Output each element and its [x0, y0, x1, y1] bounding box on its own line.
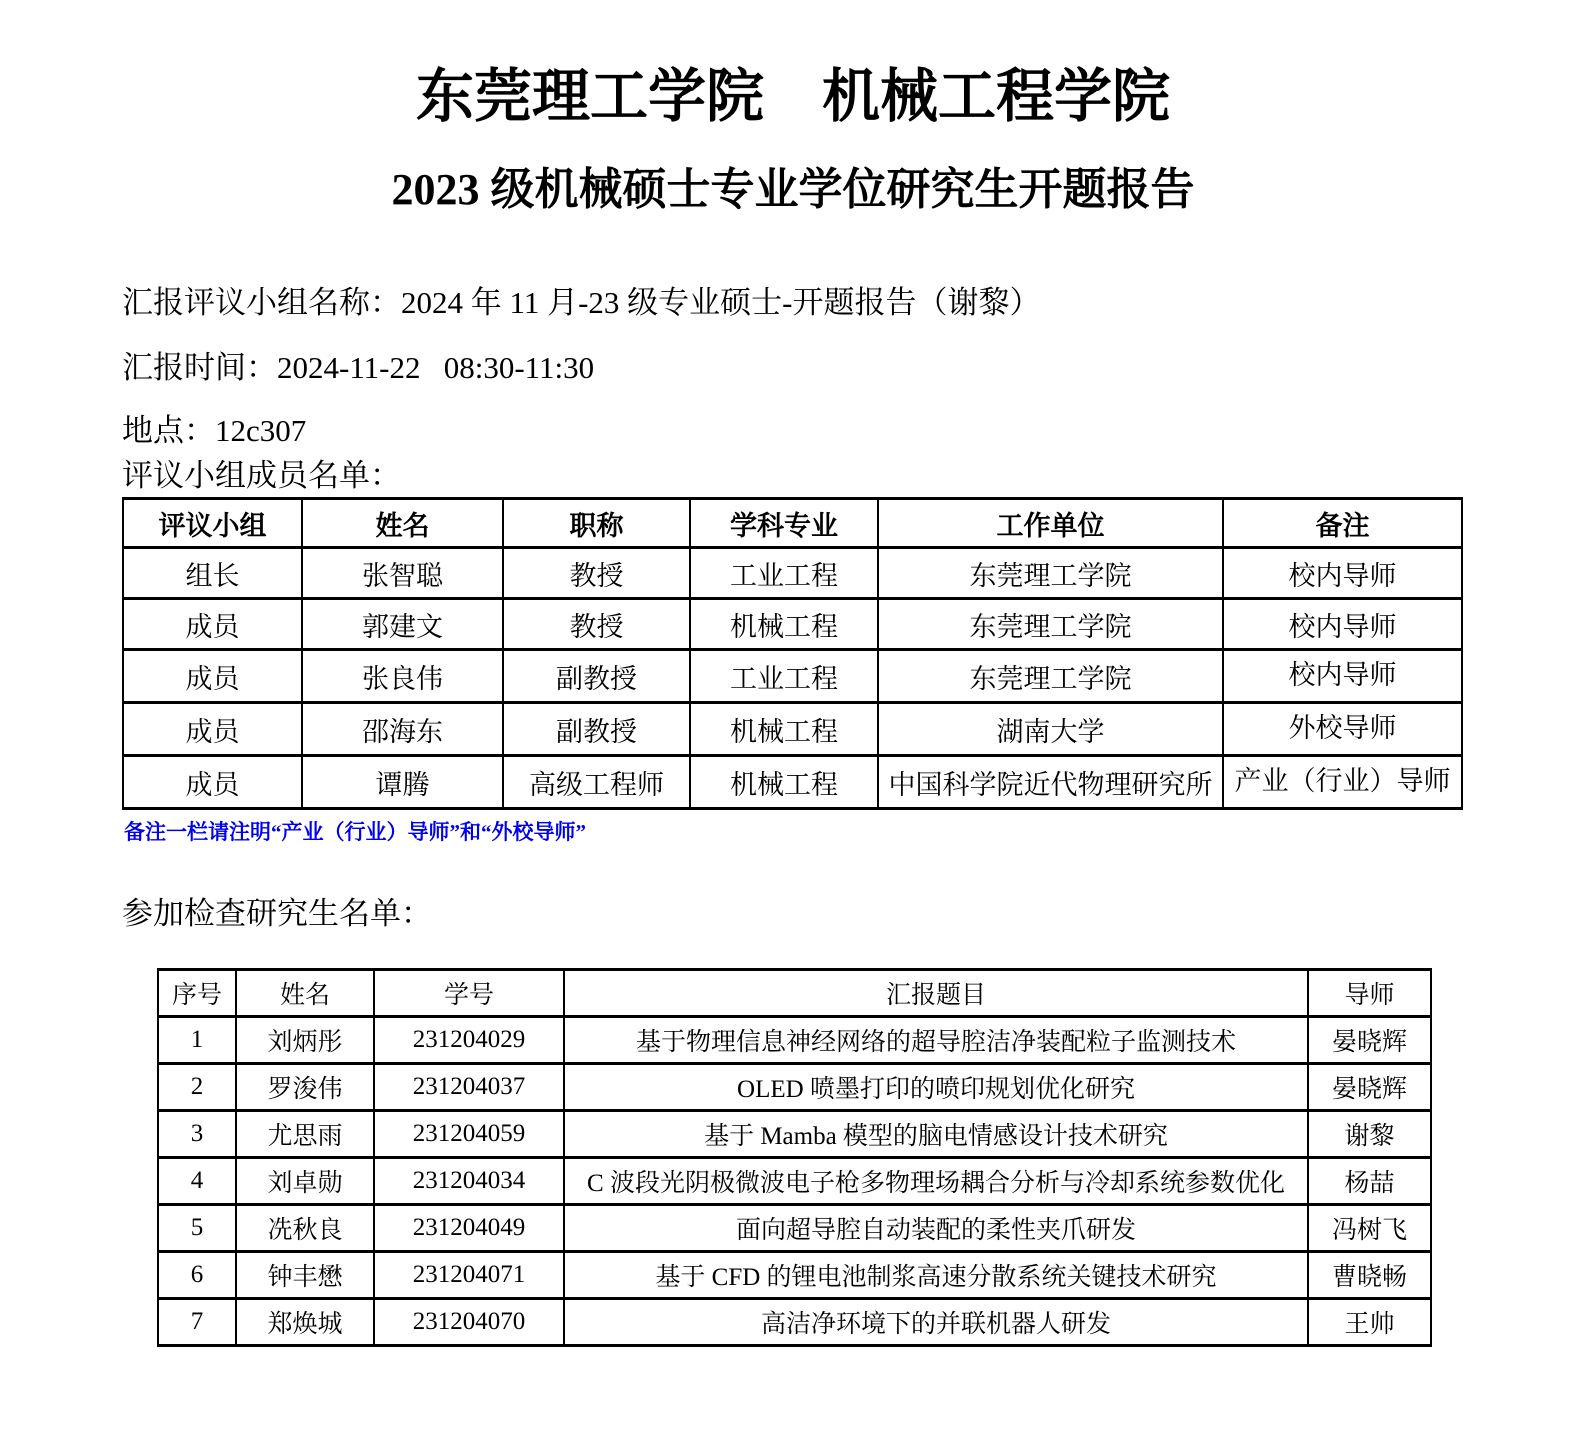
table-cell: 中国科学院近代物理研究所: [878, 756, 1223, 809]
table-cell: 组长: [123, 548, 302, 599]
table-cell: 教授: [503, 548, 690, 599]
students-header-mentor: 导师: [1308, 970, 1431, 1017]
table-cell: 谭腾: [302, 756, 503, 809]
table-cell: 2: [158, 1064, 236, 1111]
table-cell: 副教授: [503, 650, 690, 703]
table-cell: 基于 CFD 的锂电池制浆高速分散系统关键技术研究: [564, 1252, 1308, 1299]
table-cell: 谢黎: [1308, 1111, 1431, 1158]
table-cell: 钟丰懋: [236, 1252, 374, 1299]
table-cell: 冯树飞: [1308, 1205, 1431, 1252]
table-cell: 郭建文: [302, 599, 503, 650]
table-cell: 成员: [123, 650, 302, 703]
table-cell: 曹晓畅: [1308, 1252, 1431, 1299]
table-cell: 杨喆: [1308, 1158, 1431, 1205]
table-cell: 校内导师: [1223, 650, 1462, 703]
table-cell: 东莞理工学院: [878, 599, 1223, 650]
table-row: 5冼秋良231204049面向超导腔自动装配的柔性夹爪研发冯树飞: [158, 1205, 1431, 1252]
committee-header-major: 学科专业: [690, 499, 878, 548]
table-cell: 231204029: [374, 1017, 564, 1064]
table-cell: 高洁净环境下的并联机器人研发: [564, 1299, 1308, 1346]
table-cell: 副教授: [503, 703, 690, 756]
table-row: 成员张良伟副教授工业工程东莞理工学院校内导师: [123, 650, 1462, 703]
document-subtitle: 2023 级机械硕士专业学位研究生开题报告: [0, 166, 1586, 214]
table-row: 成员谭腾高级工程师机械工程中国科学院近代物理研究所产业（行业）导师: [123, 756, 1462, 809]
table-cell: 231204071: [374, 1252, 564, 1299]
table-cell: 4: [158, 1158, 236, 1205]
table-cell: 7: [158, 1299, 236, 1346]
students-list-heading: 参加检查研究生名单：: [122, 896, 1586, 932]
table-cell: 东莞理工学院: [878, 548, 1223, 599]
committee-header-title: 职称: [503, 499, 690, 548]
meeting-info-block: 汇报评议小组名称：2024 年 11 月-23 级专业硕士-开题报告（谢黎） 汇…: [122, 285, 1586, 449]
table-cell: 231204049: [374, 1205, 564, 1252]
committee-header-unit: 工作单位: [878, 499, 1223, 548]
table-cell: 6: [158, 1252, 236, 1299]
table-cell: 郑焕城: [236, 1299, 374, 1346]
table-row: 3尤思雨231204059基于 Mamba 模型的脑电情感设计技术研究谢黎: [158, 1111, 1431, 1158]
table-cell: 机械工程: [690, 703, 878, 756]
table-cell: 231204034: [374, 1158, 564, 1205]
table-cell: 3: [158, 1111, 236, 1158]
table-row: 1刘炳彤231204029基于物理信息神经网络的超导腔洁净装配粒子监测技术晏晓辉: [158, 1017, 1431, 1064]
committee-header-row: 评议小组 姓名 职称 学科专业 工作单位 备注: [123, 499, 1462, 548]
students-table: 序号 姓名 学号 汇报题目 导师 1刘炳彤231204029基于物理信息神经网络…: [157, 968, 1432, 1347]
table-cell: 校内导师: [1223, 548, 1462, 599]
table-cell: 1: [158, 1017, 236, 1064]
table-cell: 成员: [123, 703, 302, 756]
table-cell: 231204059: [374, 1111, 564, 1158]
document-page: 东莞理工学院 机械工程学院 2023 级机械硕士专业学位研究生开题报告 汇报评议…: [0, 0, 1586, 1430]
table-row: 2罗浚伟231204037OLED 喷墨打印的喷印规划优化研究晏晓辉: [158, 1064, 1431, 1111]
students-header-index: 序号: [158, 970, 236, 1017]
table-cell: 晏晓辉: [1308, 1017, 1431, 1064]
table-cell: OLED 喷墨打印的喷印规划优化研究: [564, 1064, 1308, 1111]
committee-header-group: 评议小组: [123, 499, 302, 548]
table-cell: 工业工程: [690, 650, 878, 703]
table-cell: 成员: [123, 599, 302, 650]
table-cell: 基于物理信息神经网络的超导腔洁净装配粒子监测技术: [564, 1017, 1308, 1064]
document-title: 东莞理工学院 机械工程学院: [0, 66, 1586, 128]
table-row: 6钟丰懋231204071基于 CFD 的锂电池制浆高速分散系统关键技术研究曹晓…: [158, 1252, 1431, 1299]
table-cell: C 波段光阴极微波电子枪多物理场耦合分析与冷却系统参数优化: [564, 1158, 1308, 1205]
students-header-topic: 汇报题目: [564, 970, 1308, 1017]
committee-list-heading: 评议小组成员名单：: [122, 458, 1586, 494]
table-row: 4刘卓勋231204034C 波段光阴极微波电子枪多物理场耦合分析与冷却系统参数…: [158, 1158, 1431, 1205]
students-header-id: 学号: [374, 970, 564, 1017]
table-cell: 晏晓辉: [1308, 1064, 1431, 1111]
committee-header-note: 备注: [1223, 499, 1462, 548]
table-cell: 校内导师: [1223, 599, 1462, 650]
table-cell: 尤思雨: [236, 1111, 374, 1158]
table-cell: 冼秋良: [236, 1205, 374, 1252]
table-row: 组长张智聪教授工业工程东莞理工学院校内导师: [123, 548, 1462, 599]
table-cell: 231204037: [374, 1064, 564, 1111]
table-cell: 机械工程: [690, 599, 878, 650]
committee-table: 评议小组 姓名 职称 学科专业 工作单位 备注 组长张智聪教授工业工程东莞理工学…: [122, 497, 1463, 810]
location-line: 地点：12c307: [122, 413, 1586, 449]
table-cell: 231204070: [374, 1299, 564, 1346]
table-cell: 外校导师: [1223, 703, 1462, 756]
table-cell: 成员: [123, 756, 302, 809]
review-group-name-line: 汇报评议小组名称：2024 年 11 月-23 级专业硕士-开题报告（谢黎）: [122, 285, 1586, 321]
table-cell: 产业（行业）导师: [1223, 756, 1462, 809]
students-header-name: 姓名: [236, 970, 374, 1017]
table-row: 成员郭建文教授机械工程东莞理工学院校内导师: [123, 599, 1462, 650]
table-cell: 张智聪: [302, 548, 503, 599]
table-cell: 邵海东: [302, 703, 503, 756]
table-row: 成员邵海东副教授机械工程湖南大学外校导师: [123, 703, 1462, 756]
table-cell: 基于 Mamba 模型的脑电情感设计技术研究: [564, 1111, 1308, 1158]
table-cell: 湖南大学: [878, 703, 1223, 756]
table-cell: 高级工程师: [503, 756, 690, 809]
table-cell: 王帅: [1308, 1299, 1431, 1346]
committee-header-name: 姓名: [302, 499, 503, 548]
table-cell: 面向超导腔自动装配的柔性夹爪研发: [564, 1205, 1308, 1252]
table-cell: 罗浚伟: [236, 1064, 374, 1111]
table-cell: 工业工程: [690, 548, 878, 599]
table-row: 7郑焕城231204070高洁净环境下的并联机器人研发王帅: [158, 1299, 1431, 1346]
students-header-row: 序号 姓名 学号 汇报题目 导师: [158, 970, 1431, 1017]
table-cell: 5: [158, 1205, 236, 1252]
table-cell: 机械工程: [690, 756, 878, 809]
table-cell: 刘炳彤: [236, 1017, 374, 1064]
table-cell: 张良伟: [302, 650, 503, 703]
table-cell: 东莞理工学院: [878, 650, 1223, 703]
table-cell: 教授: [503, 599, 690, 650]
report-time-line: 汇报时间：2024-11-22 08:30-11:30: [122, 350, 1586, 386]
remark-instruction-note: 备注一栏请注明“产业（行业）导师”和“外校导师”: [124, 820, 1586, 844]
table-cell: 刘卓勋: [236, 1158, 374, 1205]
